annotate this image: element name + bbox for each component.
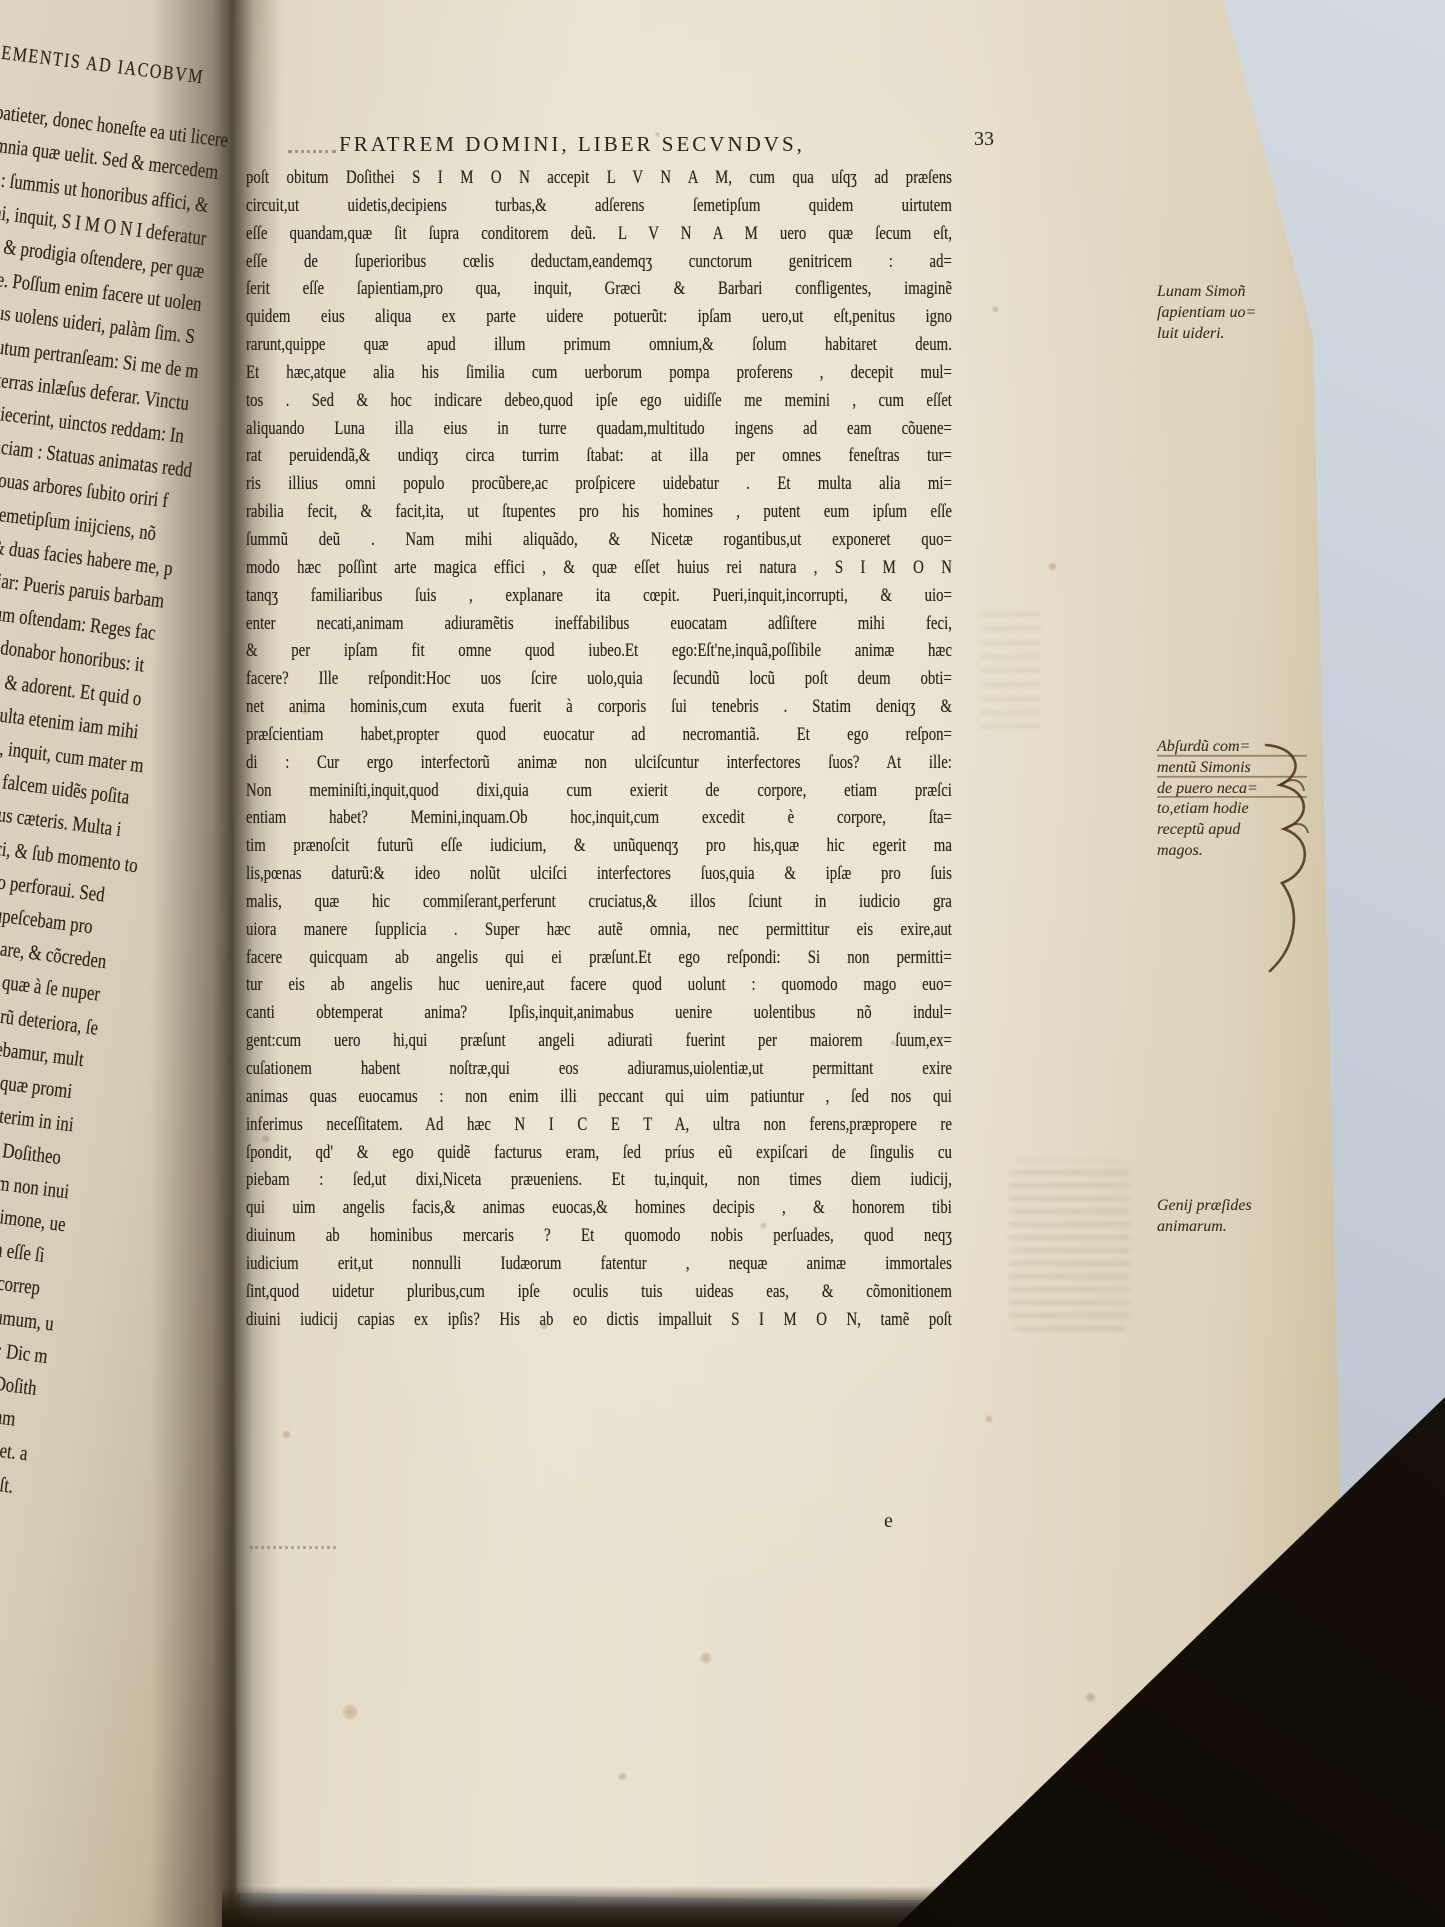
ink-show-through	[1010, 1160, 1130, 1330]
book-bottom-shadow	[222, 1886, 1445, 1927]
text-line: gent:cum uero hi,qui præſunt angeli adiu…	[246, 1027, 952, 1055]
text-line: ſerit eſſe ſapientiam,pro qua, inquit, G…	[246, 275, 952, 303]
signature-mark: e	[884, 1510, 893, 1533]
text-line: poſt obitum Doſithei S I M O N accepit L…	[246, 164, 952, 192]
text-line: rarunt,quippe quæ apud illum primum omni…	[246, 331, 952, 359]
foxing-spot	[760, 1222, 767, 1229]
text-line: ſpondit, qd' & ego quidẽ facturus eram, …	[246, 1139, 952, 1167]
text-line: inferimus neceſſitatem. Ad hæc N I C E T…	[246, 1111, 952, 1139]
text-line: cuſationem habent noſtræ,qui eos adiuram…	[246, 1055, 952, 1083]
text-line: facere? Ille reſpondit:Hoc uos ſcire uol…	[246, 665, 952, 693]
handwritten-brace-flourish	[1258, 733, 1322, 983]
text-line: ſummũ deũ . Nam mihi aliquãdo, & Nicetæ …	[246, 526, 952, 554]
foxing-spot	[655, 132, 660, 137]
text-line: eſſe de ſuperioribus cœlis deductam,eand…	[246, 248, 952, 276]
text-line: rat peruidendã,& undiqʒ circa turrim ſta…	[246, 442, 952, 470]
text-line: enter necati,animam adiuramẽtis ineffabi…	[246, 610, 952, 638]
margin-note-genii: Genij præſidesanimarum.	[1157, 1196, 1307, 1238]
page-number: 33	[974, 128, 994, 151]
foxing-spot	[700, 1652, 712, 1664]
text-line: di : Cur ergo interfectorũ animæ non ulc…	[246, 749, 952, 777]
margin-note-lunam: Lunam Simoñſapientiam uo=luit uideri.	[1157, 282, 1307, 344]
foxing-spot	[455, 905, 461, 911]
text-line: net anima hominis,cum exuta fuerit à cor…	[246, 693, 952, 721]
text-line: eſſe quandam,quæ ſit ſupra conditorem de…	[246, 220, 952, 248]
text-line: diuinum ab hominibus mercaris ? Et quomo…	[246, 1222, 952, 1250]
text-line: modo hæc poſſint arte magica effici , & …	[246, 554, 952, 582]
margin-note-line: animarum.	[1157, 1217, 1307, 1238]
text-line: entiam habet? Memini,inquam.Ob hoc,inqui…	[246, 804, 952, 832]
text-line: tur eis ab angelis huc uenire,aut facere…	[246, 971, 952, 999]
text-line: qui uim angelis facis,& animas euocas,& …	[246, 1194, 952, 1222]
text-line: Non meminiſti,inquit,quod dixi,quia cum …	[246, 777, 952, 805]
text-line: lis,pœnas daturũ:& ideo nolũt ulciſci in…	[246, 860, 952, 888]
text-line: animas quas euocamus : non enim illi pec…	[246, 1083, 952, 1111]
margin-note-line: luit uideri.	[1157, 324, 1307, 345]
text-line: Et hæc,atque alia his ſimilia cum uerbor…	[246, 359, 952, 387]
text-line: uiora manere ſupplicia . Super hæc autẽ …	[246, 916, 952, 944]
margin-note-line: Lunam Simoñ	[1157, 282, 1307, 303]
foxing-spot	[1048, 562, 1057, 571]
foxing-spot	[300, 705, 310, 715]
text-line: tim prænoſcit futurũ eſſe iudicium, & un…	[246, 832, 952, 860]
text-line: iudicium erit,ut nonnulli Iudæorum faten…	[246, 1250, 952, 1278]
main-text-block: poſt obitum Doſithei S I M O N accepit L…	[246, 164, 952, 1333]
text-line: tanqʒ familiaribus ſuis , explanare ita …	[246, 582, 952, 610]
page-fore-edge	[1269, 320, 1359, 1821]
text-line: malis, quæ hic commiſerant,perferunt cru…	[246, 888, 952, 916]
margin-note-line: Genij præſides	[1157, 1196, 1307, 1217]
gutter-shadow	[150, 0, 280, 1927]
foxing-spot	[992, 306, 999, 313]
foxing-spot	[342, 1704, 358, 1720]
margin-note-line: ſapientiam uo=	[1157, 303, 1307, 324]
foxing-spot	[985, 1415, 993, 1423]
text-line: quidem eius aliqua ex parte uidere potue…	[246, 303, 952, 331]
text-line: canti obtemperat anima? Ipſis,inquit,ani…	[246, 999, 952, 1027]
foxing-spot	[890, 1040, 896, 1046]
running-header: FRATREM DOMINI, LIBER SECVNDVS,	[292, 132, 852, 157]
foxing-spot	[618, 1772, 627, 1781]
text-line: præſcientiam habet,propter quod euocatur…	[246, 721, 952, 749]
foxing-spot	[282, 1430, 291, 1439]
foxing-spot	[1085, 1692, 1096, 1703]
text-line: piebam : ſed,ut dixi,Niceta præueniens. …	[246, 1166, 952, 1194]
right-page: FRATREM DOMINI, LIBER SECVNDVS, 33 poſt …	[232, 0, 1352, 1912]
book-photograph: CLEMENTIS AD IACOBVM are patieter, donec…	[0, 0, 1445, 1927]
text-line: rabilia fecit, & facit,ita, ut ſtupentes…	[246, 498, 952, 526]
text-line: diuini iudicij capias ex ipſis? His ab e…	[246, 1306, 952, 1334]
text-line: facere quicquam ab angelis qui ei præſun…	[246, 944, 952, 972]
text-line: ſint,quod uidetur pluribus,cum ipſe ocul…	[246, 1278, 952, 1306]
text-line: & per ipſam fit omne quod iubeo.Et ego:E…	[246, 637, 952, 665]
ink-show-through	[980, 608, 1040, 728]
text-line: tos . Sed & hoc indicare debeo,quod ipſe…	[246, 387, 952, 415]
foxing-spot	[540, 1322, 548, 1330]
text-line: circuit,ut uidetis,decipiens turbas,& ad…	[246, 192, 952, 220]
text-line: aliquando Luna illa eius in turre quadam…	[246, 415, 952, 443]
text-line: ris illius omni populo procũbere,ac proſ…	[246, 470, 952, 498]
